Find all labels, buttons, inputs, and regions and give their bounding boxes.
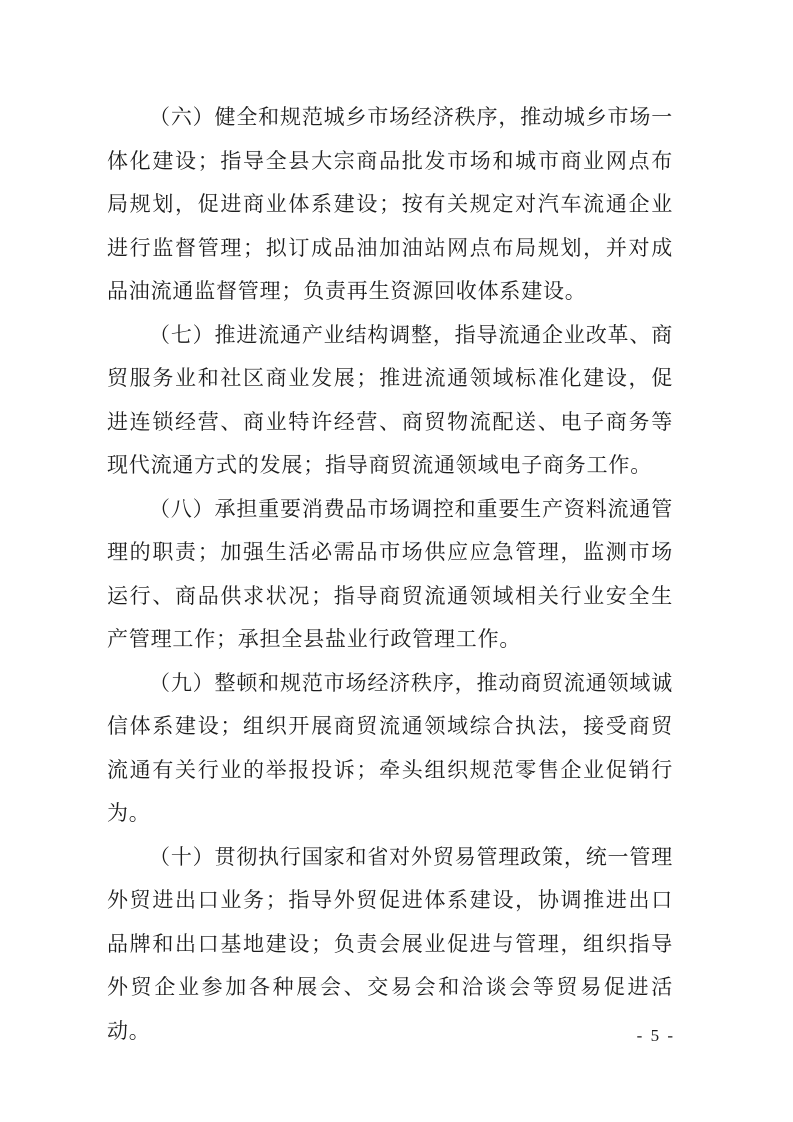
document-body: （六）健全和规范城乡市场经济秩序，推动城乡市场一体化建设；指导全县大宗商品批发市… — [107, 96, 673, 1053]
paragraph-item-10: （十）贯彻执行国家和省对外贸易管理政策，统一管理外贸进出口业务；指导外贸促进体系… — [107, 836, 673, 1054]
document-page: （六）健全和规范城乡市场经济秩序，推动城乡市场一体化建设；指导全县大宗商品批发市… — [0, 0, 793, 1122]
paragraph-item-9: （九）整顿和规范市场经济秩序，推动商贸流通领域诚信体系建设；组织开展商贸流通领域… — [107, 662, 673, 836]
paragraph-item-7: （七）推进流通产业结构调整，指导流通企业改革、商贸服务业和社区商业发展；推进流通… — [107, 314, 673, 488]
paragraph-item-8: （八）承担重要消费品市场调控和重要生产资料流通管理的职责；加强生活必需品市场供应… — [107, 488, 673, 662]
page-number: - 5 - — [637, 1026, 675, 1046]
paragraph-item-6: （六）健全和规范城乡市场经济秩序，推动城乡市场一体化建设；指导全县大宗商品批发市… — [107, 96, 673, 314]
